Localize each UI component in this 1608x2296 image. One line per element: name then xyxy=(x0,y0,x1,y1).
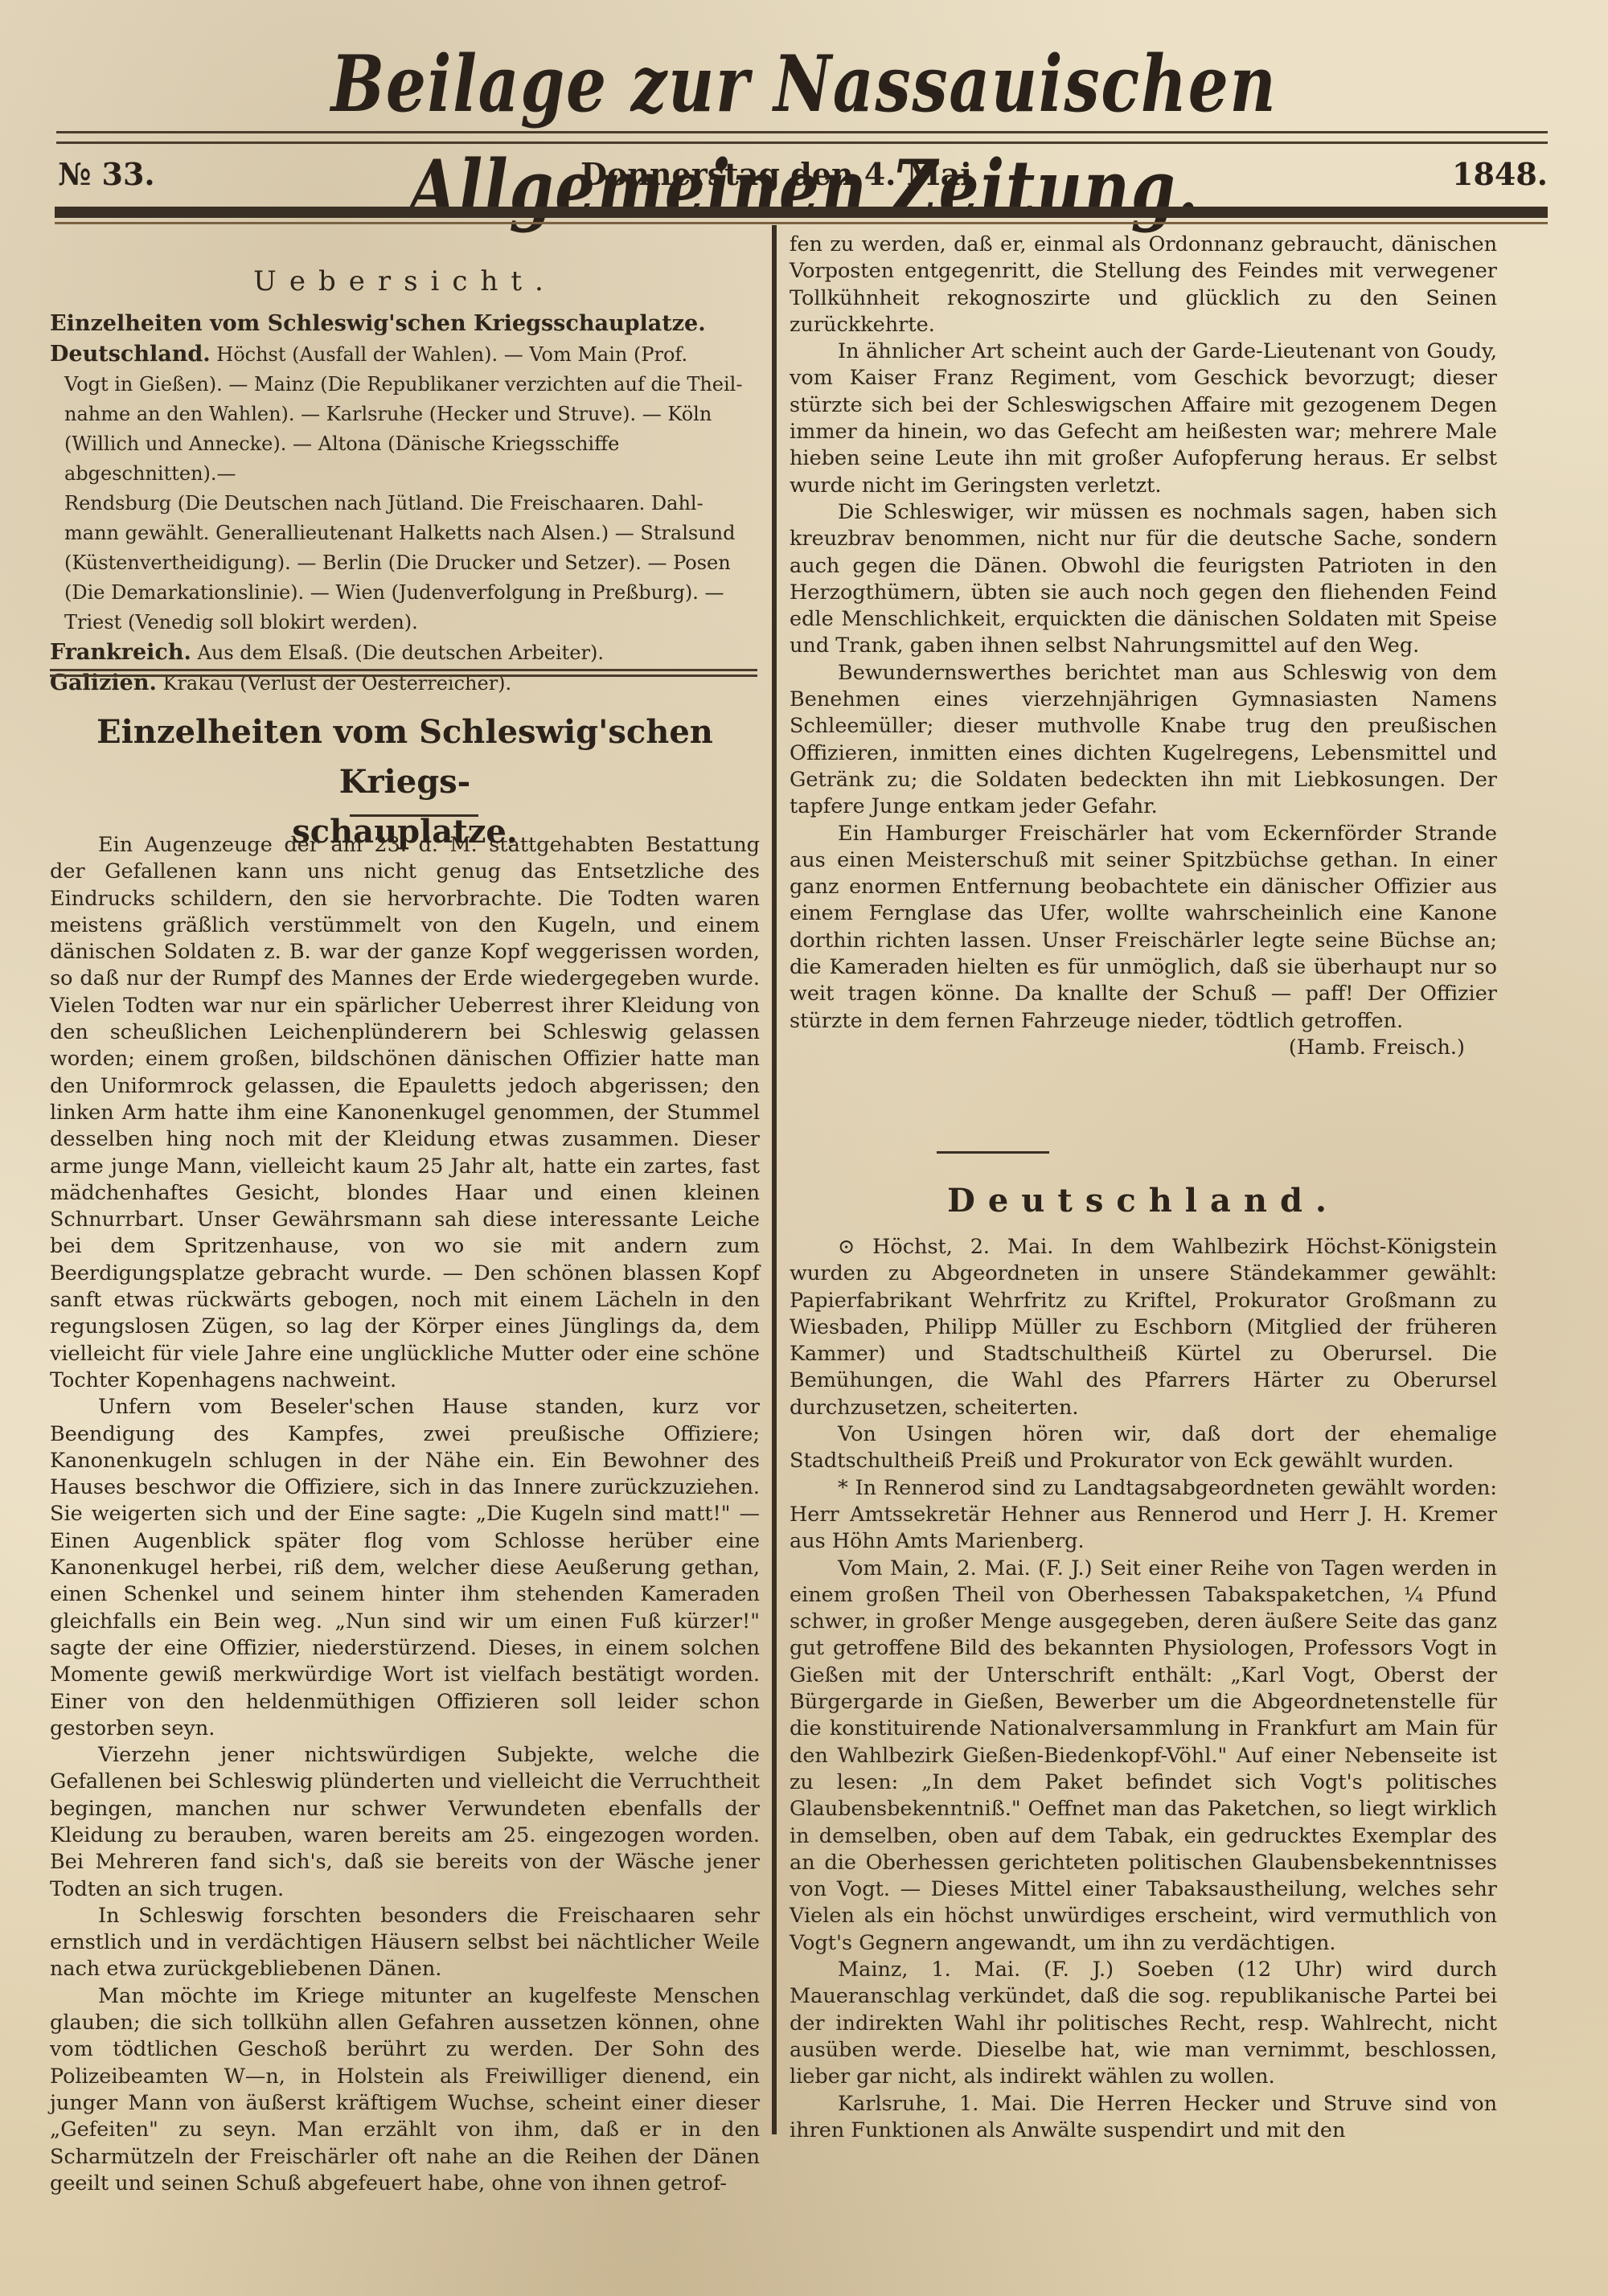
article-source: (Hamb. Freisch.) xyxy=(790,1035,1497,1061)
article-body-left: Ein Augenzeuge der am 23. d. M. stattgeh… xyxy=(50,832,760,2197)
article-paragraph: fen zu werden, daß er, einmal als Ordonn… xyxy=(790,232,1497,338)
news-item: * In Rennerod sind zu Landtagsabgeordnet… xyxy=(790,1475,1497,1556)
overview-line: mann gewählt. Generallieutenant Halketts… xyxy=(50,519,760,548)
section-separator xyxy=(50,669,757,677)
article-body-right: fen zu werden, daß er, einmal als Ordonn… xyxy=(790,232,1497,1061)
news-item: Karlsruhe, 1. Mai. Die Herren Hecker und… xyxy=(790,2091,1497,2145)
issue-number: № 33. xyxy=(58,156,155,192)
masthead-double-rule xyxy=(56,131,1548,144)
overview-line: Einzelheiten vom Schleswig'schen Kriegss… xyxy=(50,309,760,339)
overview-title: Uebersicht. xyxy=(50,265,760,297)
column-divider xyxy=(772,225,777,2134)
article-paragraph: Ein Augenzeuge der am 23. d. M. stattgeh… xyxy=(50,832,760,1394)
overview-section: Uebersicht. Einzelheiten vom Schleswig's… xyxy=(50,265,760,699)
article-paragraph: In ähnlicher Art scheint auch der Garde-… xyxy=(790,338,1497,499)
overview-line: nahme an den Wahlen). — Karlsruhe (Hecke… xyxy=(50,400,760,429)
overview-line: (Willich und Annecke). — Altona (Dänisch… xyxy=(50,429,760,489)
article-paragraph: Unfern vom Beseler'schen Hause standen, … xyxy=(50,1394,760,1742)
deutschland-body: ⊙ Höchst, 2. Mai. In dem Wahlbezirk Höch… xyxy=(790,1234,1497,2144)
dateline: № 33. Donnerstag den 4. Mai 1848. xyxy=(58,153,1548,201)
news-item: Mainz, 1. Mai. (F. J.) Soeben (12 Uhr) w… xyxy=(790,1957,1497,2090)
section-title-deutschland: Deutschland. xyxy=(790,1182,1497,1220)
overview-line: Triest (Venedig soll blokirt werden). xyxy=(50,608,760,638)
section-short-rule xyxy=(937,1151,1049,1154)
thin-rule xyxy=(55,222,1548,224)
heavy-rule xyxy=(55,207,1548,218)
masthead-title: Beilage zur Nassauischen Allgemeinen Zei… xyxy=(191,32,1417,137)
overview-line: (Küstenvertheidigung). — Berlin (Die Dru… xyxy=(50,548,760,578)
overview-line: Deutschland. Höchst (Ausfall der Wahlen)… xyxy=(50,339,760,370)
news-item: Von Usingen hören wir, daß dort der ehem… xyxy=(790,1421,1497,1475)
article-paragraph: In Schleswig forschten besonders die Fre… xyxy=(50,1903,760,1983)
newspaper-page: Beilage zur Nassauischen Allgemeinen Zei… xyxy=(0,0,1608,2296)
article-paragraph: Man möchte im Kriege mitunter an kugelfe… xyxy=(50,1983,760,2197)
article-paragraph: Die Schleswiger, wir müssen es nochmals … xyxy=(790,499,1497,660)
overview-line: (Die Demarkationslinie). — Wien (Judenve… xyxy=(50,578,760,608)
issue-date: Donnerstag den 4. Mai xyxy=(580,156,972,192)
article-paragraph: Ein Hamburger Freischärler hat vom Ecker… xyxy=(790,821,1497,1035)
overview-line: Vogt in Gießen). — Mainz (Die Republikan… xyxy=(50,370,760,400)
overview-line: Rendsburg (Die Deutschen nach Jütland. D… xyxy=(50,489,760,519)
overview-line: Frankreich. Aus dem Elsaß. (Die deutsche… xyxy=(50,638,760,668)
issue-year: 1848. xyxy=(1452,156,1548,192)
news-item: Vom Main, 2. Mai. (F. J.) Seit einer Rei… xyxy=(790,1556,1497,1957)
headline-underline xyxy=(350,814,478,817)
article-paragraph: Bewundernswerthes berichtet man aus Schl… xyxy=(790,660,1497,821)
article-paragraph: Vierzehn jener nichtswürdigen Subjekte, … xyxy=(50,1742,760,1903)
news-item: ⊙ Höchst, 2. Mai. In dem Wahlbezirk Höch… xyxy=(790,1234,1497,1421)
